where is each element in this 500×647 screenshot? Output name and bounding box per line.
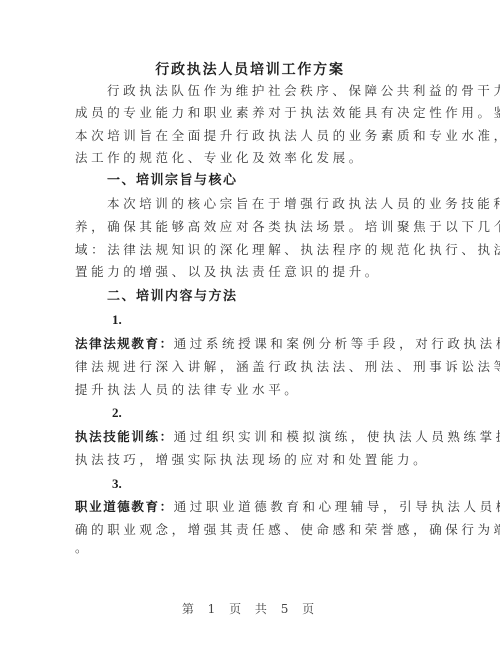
list-item-text: 通过组织实训和模拟演练，使执法人员熟练掌握各种	[174, 429, 500, 444]
list-item-first-line: 职业道德教育：通过职业道德教育和心理辅导，引导执法人员树立正	[75, 499, 425, 515]
list-item-line: 律法规进行深入讲解，涵盖行政执法法、刑法、刑事诉讼法等，旨在	[75, 359, 425, 375]
intro-line: 行政执法队伍作为维护社会秩序、保障公共利益的骨干力量，其	[107, 83, 457, 99]
section1-line: 域：法律法规知识的深化理解、执法程序的规范化执行、执法现场处	[75, 242, 425, 258]
list-item-line: 提升执法人员的法律专业水平。	[75, 382, 425, 398]
list-number: 3.	[112, 476, 122, 492]
list-number: 2.	[112, 405, 122, 421]
list-item-text: 通过系统授课和案例分析等手段，对行政执法相关法	[174, 336, 500, 351]
section1-line: 本次培训的核心宗旨在于增强行政执法人员的业务技能和职业素	[107, 196, 457, 212]
list-item-text: 通过职业道德教育和心理辅导，引导执法人员树立正	[174, 499, 500, 514]
section-heading-purpose: 一、培训宗旨与核心	[107, 173, 238, 189]
section-heading-content: 二、培训内容与方法	[107, 289, 238, 305]
document-title: 行政执法人员培训工作方案	[0, 59, 500, 79]
intro-line: 本次培训旨在全面提升行政执法人员的业务素质和专业水准，推动执	[75, 128, 425, 144]
section1-line: 置能力的增强、以及执法责任意识的提升。	[75, 264, 425, 280]
list-item-first-line: 执法技能训练：通过组织实训和模拟演练，使执法人员熟练掌握各种	[75, 429, 425, 445]
list-item-lead: 法律法规教育：	[75, 336, 174, 351]
list-item-line: 执法技巧，增强实际执法现场的应对和处置能力。	[75, 452, 425, 468]
section1-line: 养，确保其能够高效应对各类执法场景。培训聚焦于以下几个关键领	[75, 219, 425, 235]
list-item-lead: 执法技能训练：	[75, 429, 174, 444]
document-page: 行政执法人员培训工作方案 行政执法队伍作为维护社会秩序、保障公共利益的骨干力量，…	[0, 0, 500, 647]
list-item-line: 确的职业观念，增强其责任感、使命感和荣誉感，确保行为端正廉洁	[75, 522, 425, 538]
list-item-line: 。	[75, 540, 425, 556]
page-number-footer: 第 1 页 共 5 页	[0, 600, 500, 617]
list-number: 1.	[112, 312, 122, 328]
list-item-lead: 职业道德教育：	[75, 499, 174, 514]
list-item-first-line: 法律法规教育：通过系统授课和案例分析等手段，对行政执法相关法	[75, 336, 425, 352]
intro-line: 成员的专业能力和职业素养对于执法效能具有决定性作用。鉴于此，	[75, 105, 425, 121]
intro-line: 法工作的规范化、专业化及效率化发展。	[75, 150, 425, 166]
